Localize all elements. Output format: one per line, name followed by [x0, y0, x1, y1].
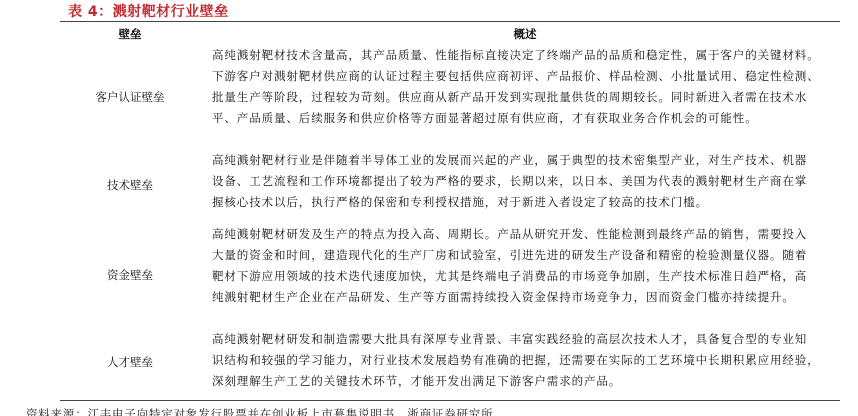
table-bottom-rule [60, 400, 840, 401]
description-line: 大量的资金和时间，建造现代化的生产厂房和试验室，引进先进的研发生产设备和精密的检… [212, 245, 840, 266]
barrier-description: 高纯溅射靶材技术含量高，其产品质量、性能指标直接决定了终端产品的品质和稳定性，属… [212, 45, 840, 129]
table-header: 壁垒 概述 [60, 24, 840, 44]
table-row-capital: 资金壁垒 高纯溅射靶材研发及生产的特点为投入高、周期长。产品从研究开发、性能检测… [60, 224, 840, 308]
description-line: 深刻理解生产工艺的关键技术环节，才能开发出满足下游客户需求的产品。 [212, 371, 840, 392]
source-note: 资料来源：江丰电子向特定对象发行股票并在创业板上市募集说明书，浙商证券研究所 [26, 406, 493, 416]
description-line: 批量生产等阶段，过程较为苛刻。供应商从新产品开发到实现批量供货的周期较长。同时新… [212, 87, 840, 108]
description-line: 高纯溅射靶材行业是伴随着半导体工业的发展而兴起的产业，属于典型的技术密集型产业，… [212, 150, 840, 171]
barrier-label: 技术壁垒 [60, 177, 200, 193]
description-line: 设备、工艺流程和工作环境都提出了较为严格的要求，长期以来，以日本、美国为代表的溅… [212, 171, 840, 192]
barrier-description: 高纯溅射靶材研发及生产的特点为投入高、周期长。产品从研究开发、性能检测到最终产品… [212, 224, 840, 308]
description-line: 高纯溅射靶材研发和制造需要大批具有深厚专业背景、丰富实践经验的高层次技术人才，具… [212, 329, 840, 350]
column-header-barrier: 壁垒 [60, 26, 200, 42]
barrier-label: 客户认证壁垒 [60, 89, 200, 105]
description-line: 识结构和较强的学习能力，对行业技术发展趋势有准确的把握，还需要在实际的工艺环境中… [212, 350, 840, 371]
table-top-rule [60, 21, 840, 22]
barrier-label: 人才壁垒 [60, 354, 200, 370]
table-title: 表 4：溅射靶材行业壁垒 [68, 1, 229, 21]
table-row-talent: 人才壁垒 高纯溅射靶材研发和制造需要大批具有深厚专业背景、丰富实践经验的高层次技… [60, 329, 840, 392]
description-line: 握核心技术以后，执行严格的保密和专利授权措施，对于新进入者设定了较高的技术门槛。 [212, 192, 840, 213]
description-line: 平、产品质量、后续服务和供应价格等方面显著超过原有供应商，才有获取业务合作机会的… [212, 108, 840, 129]
barrier-description: 高纯溅射靶材行业是伴随着半导体工业的发展而兴起的产业，属于典型的技术密集型产业，… [212, 150, 840, 213]
table-row-customer-certification: 客户认证壁垒 高纯溅射靶材技术含量高，其产品质量、性能指标直接决定了终端产品的品… [60, 45, 840, 129]
description-line: 靶材下游应用领域的技术迭代速度加快，尤其是终端电子消费品的市场竞争加剧，生产技术… [212, 266, 840, 287]
description-line: 下游客户对溅射靶材供应商的认证过程主要包括供应商初评、产品报价、样品检测、小批量… [212, 66, 840, 87]
description-line: 纯溅射靶材生产企业在产品研发、生产等方面需持续投入资金保持市场竞争力，因而资金门… [212, 287, 840, 308]
description-line: 高纯溅射靶材研发及生产的特点为投入高、周期长。产品从研究开发、性能检测到最终产品… [212, 224, 840, 245]
description-line: 高纯溅射靶材技术含量高，其产品质量、性能指标直接决定了终端产品的品质和稳定性，属… [212, 45, 840, 66]
column-header-overview: 概述 [210, 26, 840, 42]
barrier-label: 资金壁垒 [60, 267, 200, 283]
table-row-technology: 技术壁垒 高纯溅射靶材行业是伴随着半导体工业的发展而兴起的产业，属于典型的技术密… [60, 150, 840, 213]
barrier-description: 高纯溅射靶材研发和制造需要大批具有深厚专业背景、丰富实践经验的高层次技术人才，具… [212, 329, 840, 392]
